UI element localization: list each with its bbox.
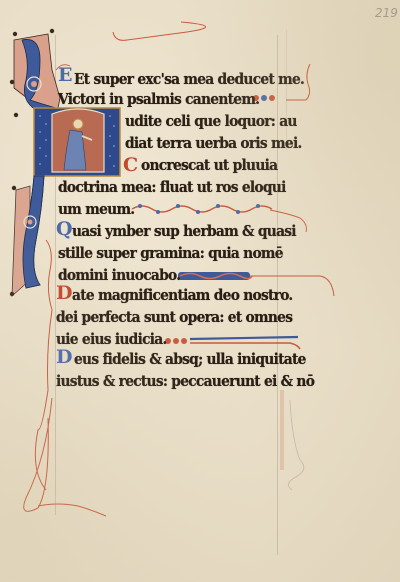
text-line-13: uie eius iudicia.	[56, 330, 167, 348]
text-line-8: uasi ymber sup herbam & quasi	[72, 222, 296, 240]
initial-D-1: D	[56, 284, 72, 303]
initial-E: E	[58, 66, 72, 85]
text-line-15: iustus & rectus: peccauerunt ei & nō	[56, 372, 314, 390]
initial-Q: Q	[56, 220, 73, 239]
text-line-12: dei perfecta sunt opera: et omnes	[56, 308, 292, 326]
initial-C: C	[123, 156, 138, 175]
manuscript-page: 219	[0, 0, 400, 582]
text-line-2: Victori in psalmis canentem.	[58, 90, 259, 108]
text-line-6: doctrina mea: fluat ut ros eloqui	[58, 178, 286, 196]
text-line-14: eus fidelis & absq; ulla iniquitate	[74, 350, 306, 368]
initial-D-2: D	[56, 348, 72, 367]
text-line-1: Et super exc'sa mea deducet me.	[74, 70, 304, 88]
text-line-4: diat terra uerba oris mei.	[125, 134, 302, 152]
text-line-5: oncrescat ut pluuia	[141, 156, 277, 174]
text-line-3: udite celi que loquor: au	[125, 112, 297, 130]
text-line-7: um meum.	[58, 200, 134, 218]
text-line-11: ate magnificentiam deo nostro.	[72, 286, 293, 304]
text-line-9: stille super gramina: quia nomē	[58, 244, 283, 262]
text-line-10: domini inuocabo.	[58, 266, 180, 284]
